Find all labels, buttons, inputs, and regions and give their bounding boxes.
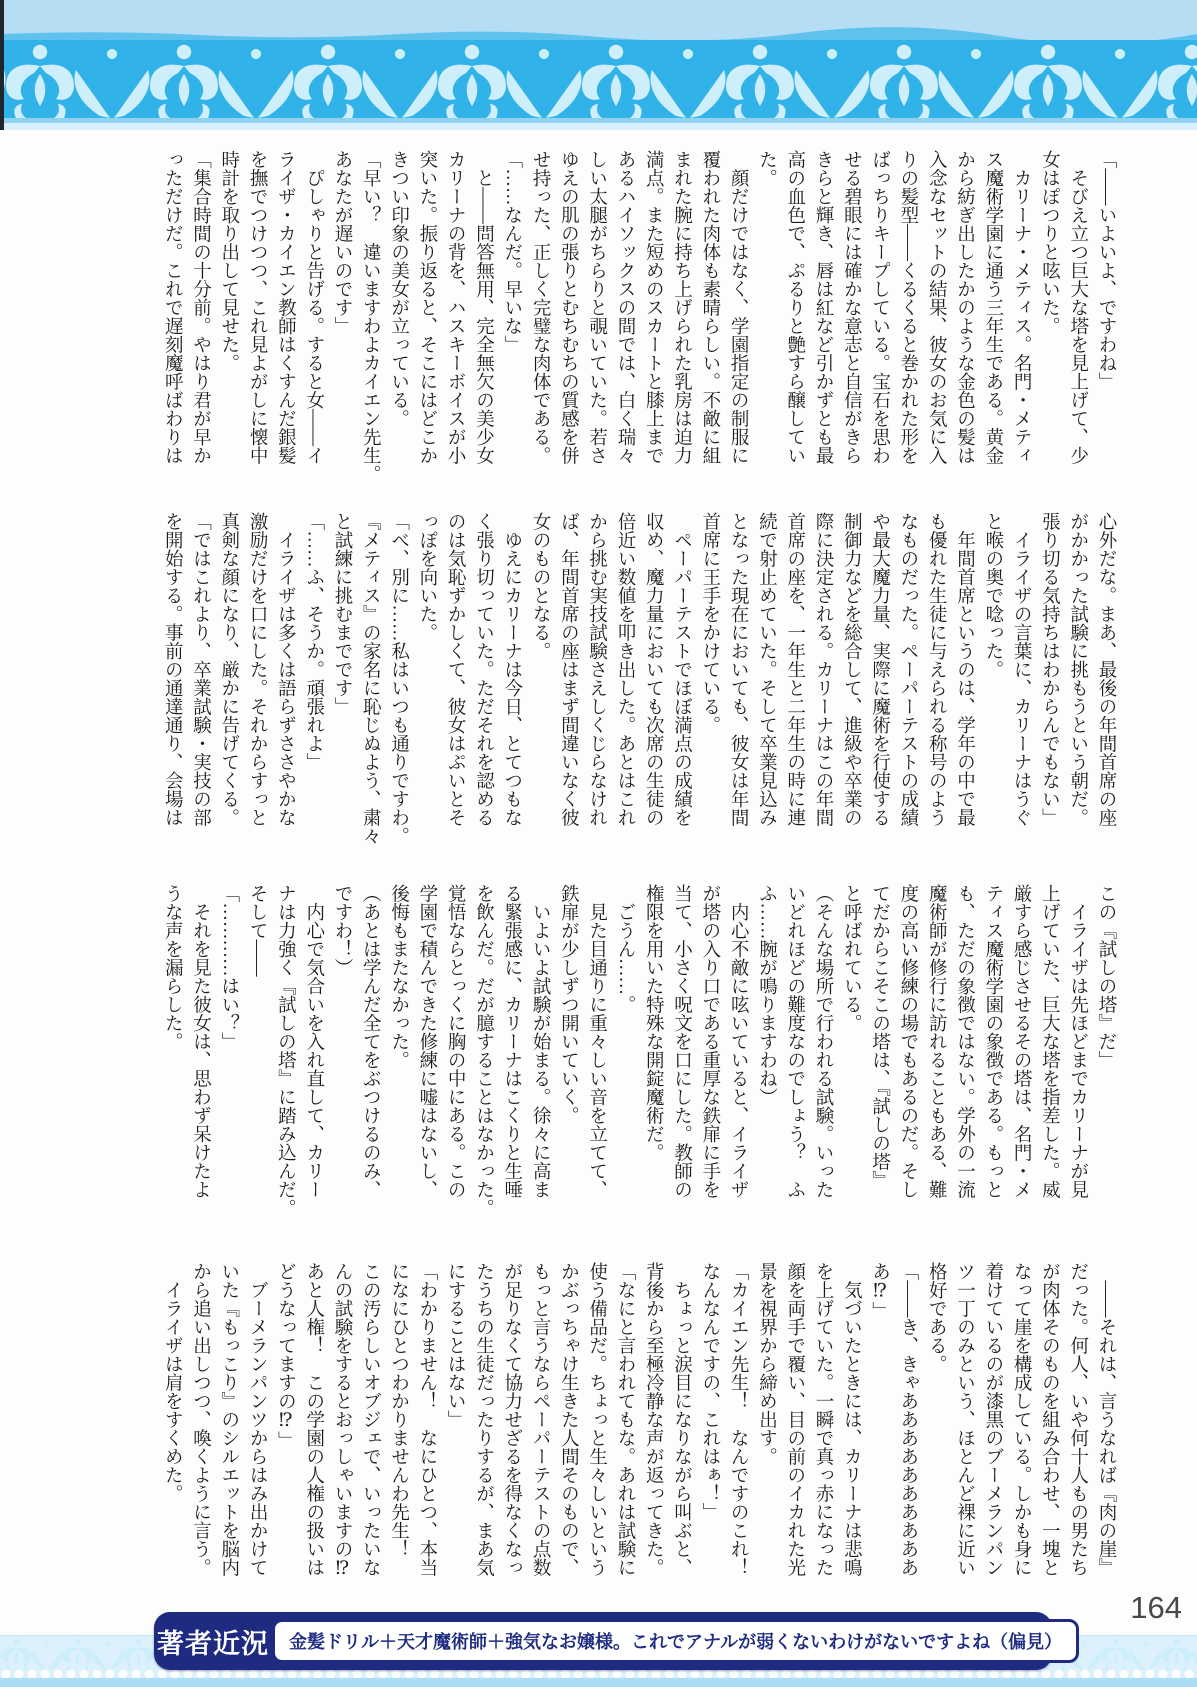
author-note-bar: 著者近況 金髪ドリル＋天才魔術師＋強気なお嬢様。これでアナルが弱くないわけがない… — [154, 1612, 1052, 1670]
novel-page: 「――いよいよ、ですわね」 そびえ立つ巨大な塔を見上げて、少 女はぽつりと呟いた… — [0, 0, 1197, 1687]
author-note-label: 著者近況 — [154, 1622, 272, 1661]
top-ornament-border — [0, 0, 1197, 130]
text-band-4: ――それは、言うなれば『肉の崖』 だった。何人、いや何十人もの男たち が肉体その… — [158, 1262, 1120, 1622]
text-band-1: 「――いよいよ、ですわね」 そびえ立つ巨大な塔を見上げて、少 女はぽつりと呟いた… — [158, 150, 1120, 506]
text-band-2: 心外だな。まあ、最後の年間首席の座 がかかった試験に挑もうという朝だ。 張り切る… — [158, 512, 1120, 868]
text-band-3: この『試しの塔』だ」 イライザは先ほどまでカリーナが見 上げていた、巨大な塔を指… — [158, 884, 1120, 1240]
author-note-text: 金髪ドリル＋天才魔術師＋強気なお嬢様。これでアナルが弱くないわけがないですよね（… — [289, 1628, 1062, 1654]
page-number: 164 — [1072, 1590, 1182, 1626]
author-note-box: 金髪ドリル＋天才魔術師＋強気なお嬢様。これでアナルが弱くないわけがないですよね（… — [272, 1619, 1079, 1663]
